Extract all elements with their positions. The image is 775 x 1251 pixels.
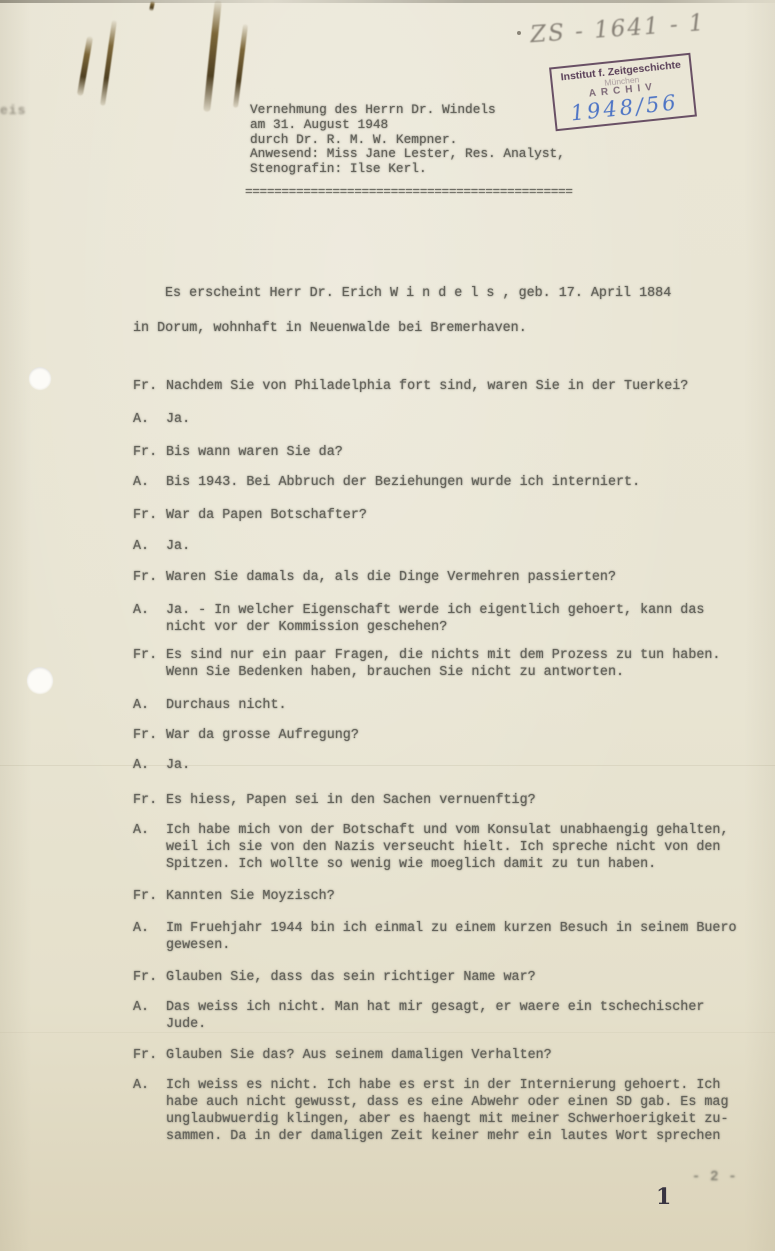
qa-question: Fr.War da Papen Botschafter?: [133, 507, 758, 524]
qa-answer: A.Ja. - In welcher Eigenschaft werde ich…: [133, 602, 758, 636]
ink-streak: [77, 36, 93, 96]
qa-answer: A.Ich weiss es nicht. Ich habe es erst i…: [133, 1077, 758, 1145]
speaker-label: A.: [133, 538, 166, 555]
qa-question: Fr.Kannten Sie Moyzisch?: [133, 888, 758, 905]
utterance-text: Ja.: [166, 538, 758, 555]
page-number-stamp: 1: [656, 1184, 671, 1210]
qa-answer: A.Ja.: [133, 411, 758, 428]
qa-answer: A.Ja.: [133, 538, 758, 555]
qa-answer: A.Im Fruehjahr 1944 bin ich einmal zu ei…: [133, 920, 758, 954]
speaker-label: Fr.: [133, 647, 166, 681]
bleed-through-text: eis: [0, 103, 26, 118]
ink-streak: [233, 24, 248, 108]
utterance-text: Es sind nur ein paar Fragen, die nichts …: [166, 647, 758, 681]
qa-answer: A.Durchaus nicht.: [133, 697, 758, 714]
header-present: Anwesend: Miss Jane Lester, Res. Analyst…: [250, 147, 565, 162]
speaker-label: Fr.: [133, 444, 166, 461]
header-block: Vernehmung des Herrn Dr. Windels am 31. …: [250, 103, 565, 177]
qa-answer: A.Bis 1943. Bei Abbruch der Beziehungen …: [133, 474, 758, 491]
speaker-label: Fr.: [133, 1047, 166, 1064]
utterance-text: Ja. - In welcher Eigenschaft werde ich e…: [166, 602, 758, 636]
qa-question: Fr.Es sind nur ein paar Fragen, die nich…: [133, 647, 758, 681]
utterance-text: Ich weiss es nicht. Ich habe es erst in …: [166, 1077, 758, 1145]
speaker-label: Fr.: [133, 569, 166, 586]
scan-edge-artifact: [0, 0, 775, 3]
speaker-label: A.: [133, 757, 166, 774]
ink-streak: [203, 0, 222, 112]
speaker-label: Fr.: [133, 507, 166, 524]
qa-question: Fr.Glauben Sie das? Aus seinem damaligen…: [133, 1047, 758, 1064]
utterance-text: Kannten Sie Moyzisch?: [166, 888, 758, 905]
qa-question: Fr.Glauben Sie, dass das sein richtiger …: [133, 969, 758, 986]
qa-question: Fr.War da grosse Aufregung?: [133, 727, 758, 744]
header-title: Vernehmung des Herrn Dr. Windels: [250, 103, 565, 118]
speaker-label: A.: [133, 474, 166, 491]
qa-question: Fr.Nachdem Sie von Philadelphia fort sin…: [133, 378, 758, 395]
speaker-label: A.: [133, 999, 166, 1033]
speaker-label: Fr.: [133, 969, 166, 986]
utterance-text: Ja.: [166, 757, 758, 774]
speaker-label: A.: [133, 697, 166, 714]
document-page: eis ZS - 1641 - 1 Institut f. Zeitgeschi…: [0, 0, 775, 1251]
utterance-text: Bis 1943. Bei Abbruch der Beziehungen wu…: [166, 474, 758, 491]
ink-streak: [149, 1, 155, 12]
speaker-label: A.: [133, 822, 166, 873]
qa-answer: A.Ja.: [133, 757, 758, 774]
speaker-label: Fr.: [133, 378, 166, 395]
punch-hole: [29, 367, 51, 389]
utterance-text: Das weiss ich nicht. Man hat mir gesagt,…: [166, 999, 758, 1033]
utterance-text: Ja.: [166, 411, 758, 428]
archive-stamp: Institut f. Zeitgeschichte München ARCHI…: [549, 53, 697, 131]
utterance-text: Waren Sie damals da, als die Dinge Verme…: [166, 569, 758, 586]
header-date: am 31. August 1948: [250, 118, 565, 133]
header-divider: ========================================…: [245, 184, 579, 196]
utterance-text: War da Papen Botschafter?: [166, 507, 758, 524]
speaker-label: Fr.: [133, 727, 166, 744]
speaker-label: A.: [133, 602, 166, 636]
pencil-dot: [517, 31, 521, 35]
utterance-text: Durchaus nicht.: [166, 697, 758, 714]
next-page-indicator: - 2 -: [692, 1170, 738, 1185]
qa-question: Fr.Waren Sie damals da, als die Dinge Ve…: [133, 569, 758, 586]
utterance-text: Ich habe mich von der Botschaft und vom …: [166, 822, 758, 873]
qa-question: Fr.Es hiess, Papen sei in den Sachen ver…: [133, 792, 758, 809]
utterance-text: Glauben Sie, dass das sein richtiger Nam…: [166, 969, 758, 986]
qa-answer: A.Ich habe mich von der Botschaft und vo…: [133, 822, 758, 873]
utterance-text: Im Fruehjahr 1944 bin ich einmal zu eine…: [166, 920, 758, 954]
reference-number: ZS - 1641 - 1: [529, 10, 710, 48]
ink-streak: [100, 20, 117, 106]
appearance-paragraph: Es erscheint Herr Dr. Erich W i n d e l …: [133, 276, 763, 346]
speaker-label: A.: [133, 1077, 166, 1145]
speaker-label: A.: [133, 920, 166, 954]
utterance-text: Glauben Sie das? Aus seinem damaligen Ve…: [166, 1047, 758, 1064]
qa-answer: A.Das weiss ich nicht. Man hat mir gesag…: [133, 999, 758, 1033]
utterance-text: Es hiess, Papen sei in den Sachen vernue…: [166, 792, 758, 809]
speaker-label: Fr.: [133, 792, 166, 809]
qa-question: Fr.Bis wann waren Sie da?: [133, 444, 758, 461]
header-stenographer: Stenografin: Ilse Kerl.: [250, 162, 565, 177]
speaker-label: A.: [133, 411, 166, 428]
punch-hole: [27, 667, 53, 693]
utterance-text: War da grosse Aufregung?: [166, 727, 758, 744]
speaker-label: Fr.: [133, 888, 166, 905]
utterance-text: Bis wann waren Sie da?: [166, 444, 758, 461]
utterance-text: Nachdem Sie von Philadelphia fort sind, …: [166, 378, 758, 395]
